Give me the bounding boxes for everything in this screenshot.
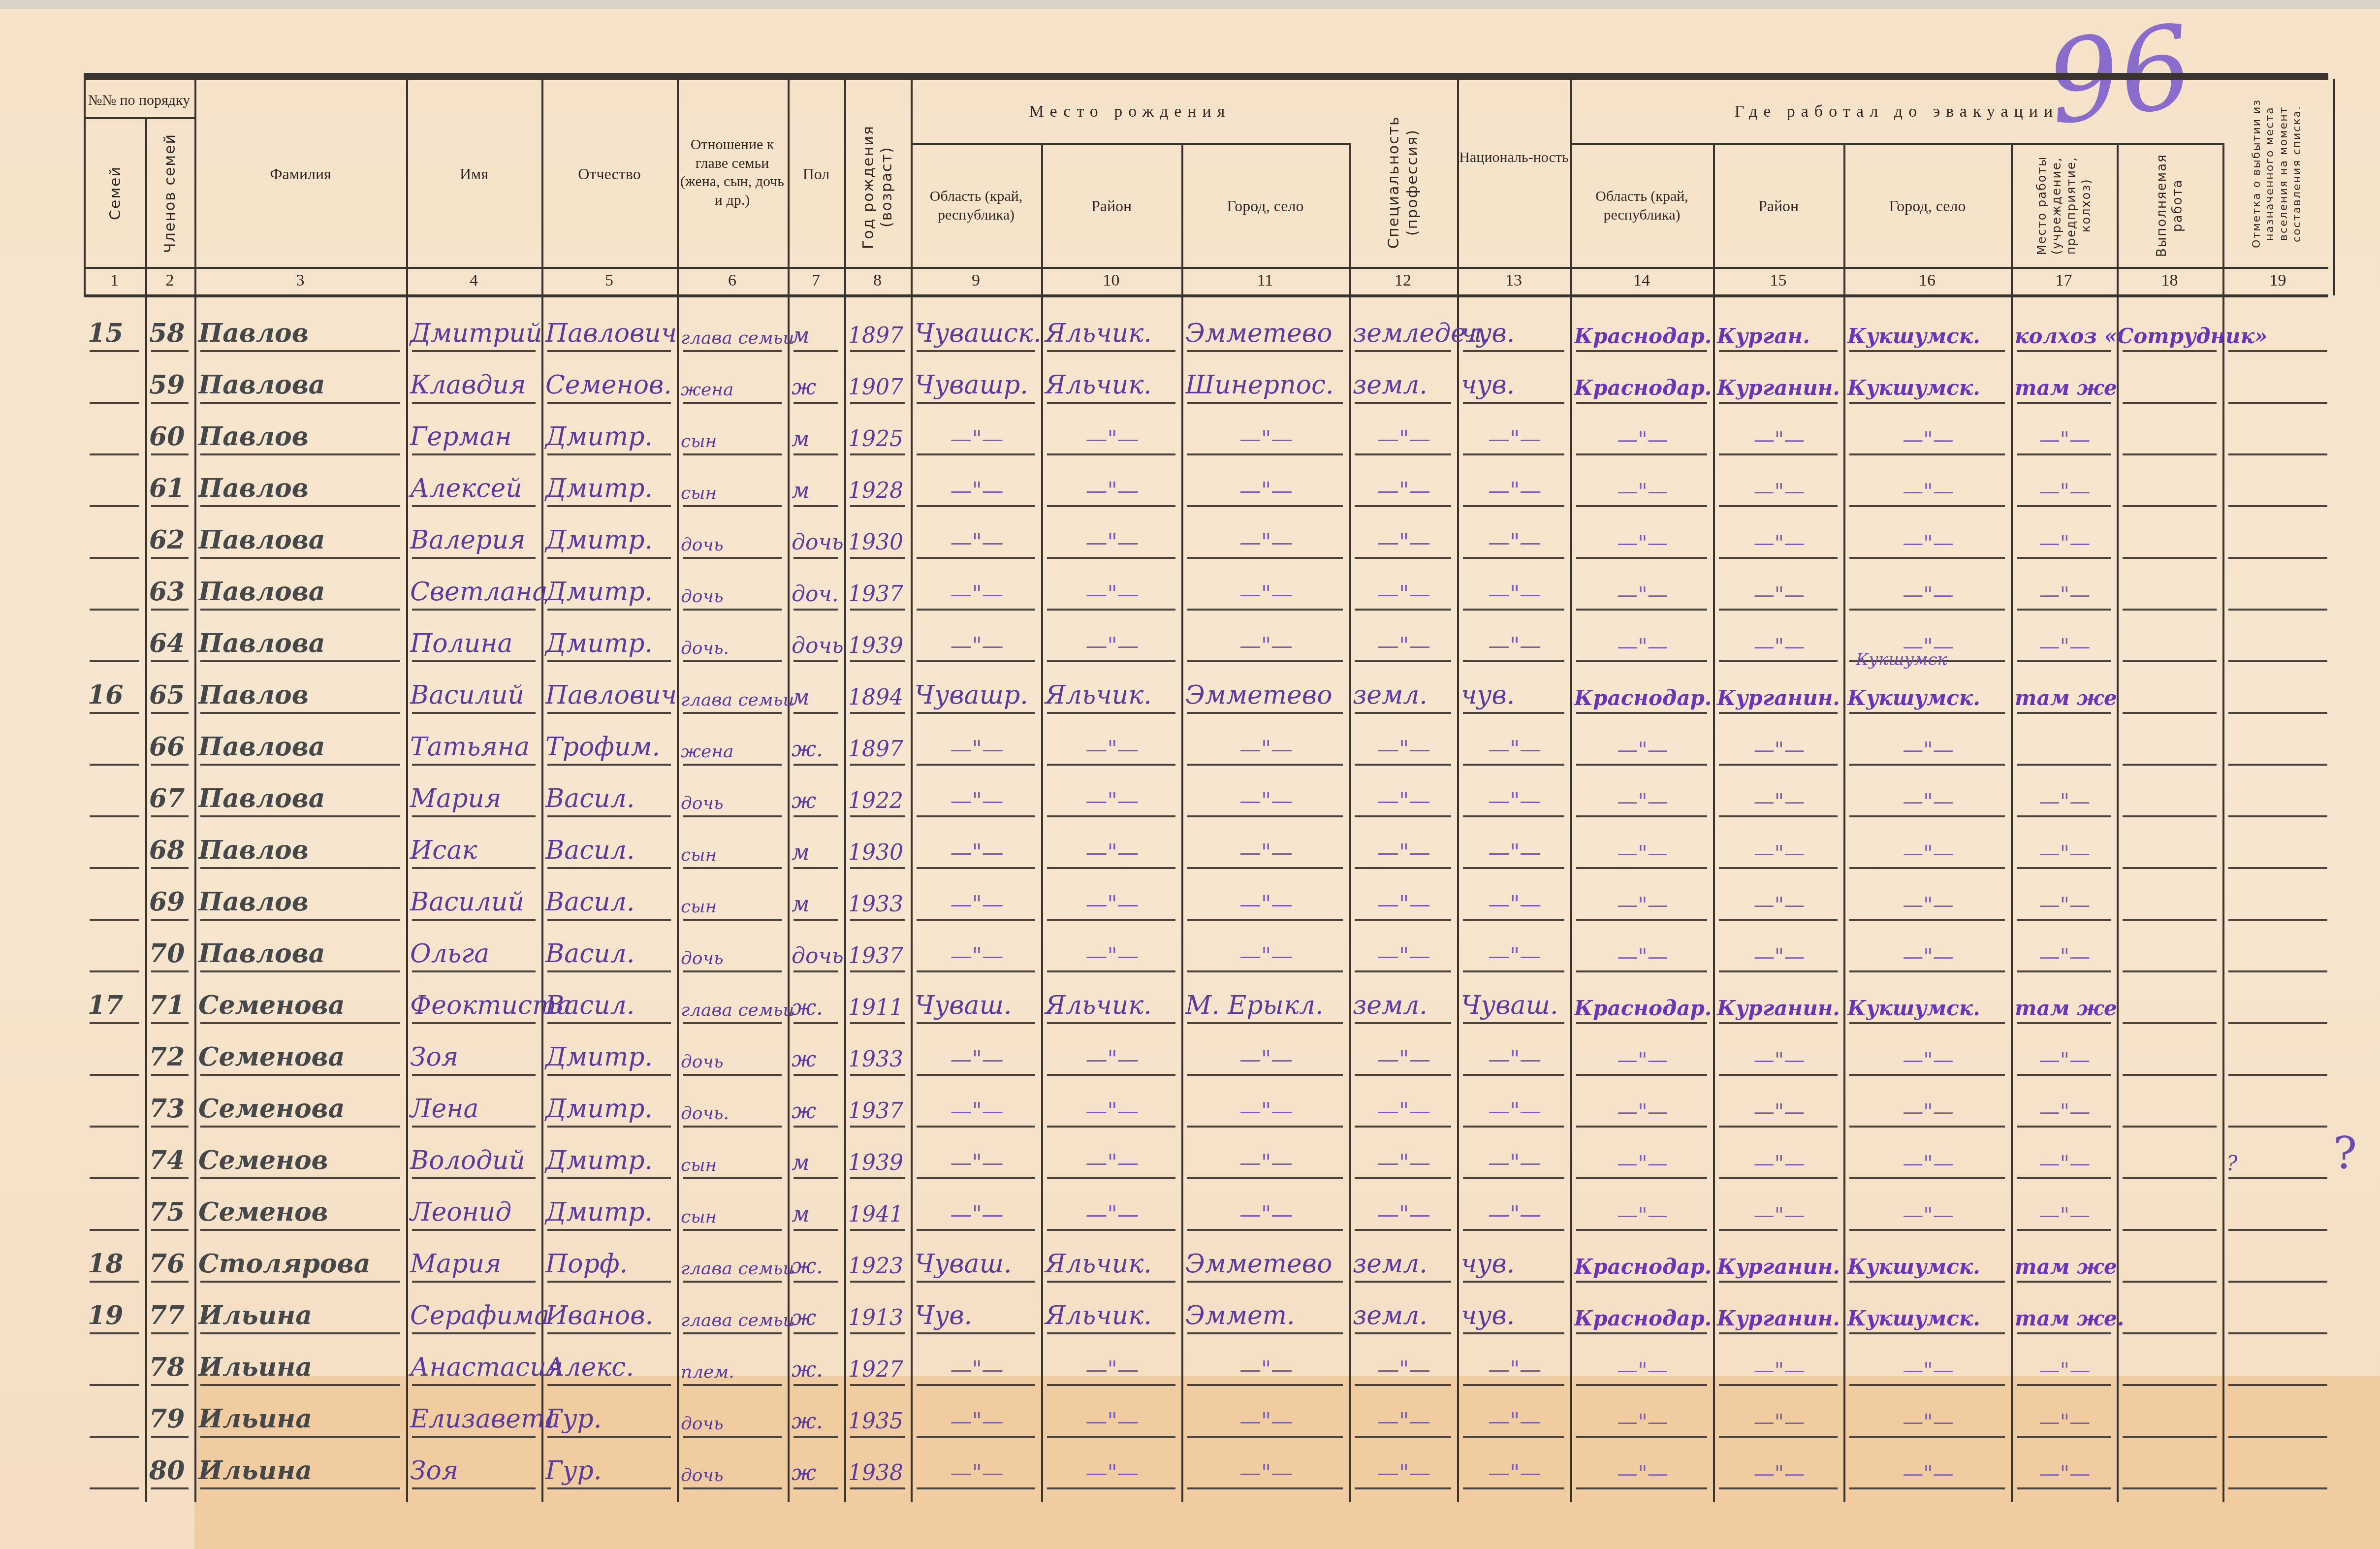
column-divider	[1570, 79, 1572, 1502]
row-underline	[2123, 970, 2217, 972]
cell-w-region: Краснодар.	[1574, 663, 1711, 715]
cell-b-region: —"—	[915, 1077, 1039, 1129]
cell-b-district: —"—	[1045, 612, 1179, 663]
cell-b-place: —"—	[1185, 508, 1347, 560]
row-underline	[683, 1436, 782, 1438]
row-underline	[2017, 970, 2111, 972]
cell-patronymic: Дмитр.	[545, 1025, 675, 1077]
cell-sex: ж.	[792, 1232, 842, 1284]
row-underline	[1719, 609, 1838, 611]
cell-w-region: —"—	[1574, 1439, 1711, 1490]
row-underline	[1719, 919, 1838, 921]
row-underline	[151, 1229, 189, 1231]
row-underline	[1187, 1074, 1343, 1076]
cell-note	[2226, 612, 2331, 663]
cell-surname: Павлова	[198, 508, 404, 560]
row-underline	[1719, 1384, 1838, 1386]
row-underline	[917, 764, 1035, 766]
cell-w-workplace: колхоз «Сотрудник»	[2015, 301, 2115, 353]
row-underline	[200, 609, 400, 611]
cell-patronymic: Порф.	[545, 1232, 675, 1284]
cell-b-place: —"—	[1185, 870, 1347, 922]
row-underline	[793, 1384, 838, 1386]
cell-surname: Павлов	[198, 870, 404, 922]
cell-w-place: —"—	[1847, 870, 2009, 922]
header-col-10: Район	[1043, 145, 1180, 266]
cell-name: Светлана	[410, 560, 539, 612]
cell-patronymic: Алекс.	[545, 1335, 675, 1387]
row-underline	[793, 350, 838, 352]
row-underline	[917, 1281, 1035, 1283]
row-underline	[2228, 557, 2327, 559]
row-underline	[412, 712, 536, 714]
cell-w-job	[2121, 870, 2221, 922]
row-underline	[2123, 453, 2217, 455]
column-divider	[406, 79, 408, 1502]
row-underline	[151, 867, 189, 869]
cell-profession: —"—	[1353, 612, 1455, 663]
row-underline	[1187, 1281, 1343, 1283]
cell-w-workplace: там же	[2015, 1232, 2115, 1284]
cell-member: 71	[149, 973, 192, 1025]
row-underline	[412, 1177, 536, 1179]
row-underline	[1576, 609, 1707, 611]
row-underline	[2017, 505, 2111, 507]
cell-b-district: Яльчик.	[1045, 301, 1179, 353]
row-underline	[1463, 1126, 1564, 1128]
row-underline	[1047, 453, 1175, 455]
cell-w-district: Курганин.	[1717, 973, 1841, 1025]
column-number: 1	[84, 270, 145, 291]
cell-b-place: —"—	[1185, 612, 1347, 663]
row-underline	[2228, 660, 2327, 662]
row-underline	[2017, 1022, 2111, 1024]
header-col-2: Членов семей	[147, 121, 193, 266]
row-underline	[1576, 1126, 1707, 1128]
header-col-18: Выполняемая работа	[2118, 145, 2221, 266]
cell-note	[2226, 715, 2331, 767]
row-underline	[200, 919, 400, 921]
cell-w-workplace: —"—	[2015, 560, 2115, 612]
row-underline	[151, 970, 189, 972]
header-col-15: Район	[1714, 145, 1842, 266]
row-underline	[547, 1074, 671, 1076]
cell-nationality: —"—	[1461, 870, 1568, 922]
row-underline	[1849, 557, 2005, 559]
row-underline	[1047, 1487, 1175, 1489]
cell-w-job	[2121, 560, 2221, 612]
row-underline	[412, 1384, 536, 1386]
cell-w-place: —"—	[1847, 818, 2009, 870]
cell-b-region: Чувашр.	[915, 663, 1039, 715]
cell-w-workplace: —"—	[2015, 870, 2115, 922]
column-divider	[788, 79, 790, 1502]
row-underline	[1576, 1229, 1707, 1231]
cell-name: Елизавета	[410, 1387, 539, 1439]
row-underline	[1187, 764, 1343, 766]
cell-b-region: —"—	[915, 508, 1039, 560]
cell-year: 1913	[848, 1284, 909, 1335]
cell-b-place: —"—	[1185, 715, 1347, 767]
cell-w-district: —"—	[1717, 1335, 1841, 1387]
row-underline	[2228, 1281, 2327, 1283]
cell-family: 15	[88, 301, 143, 353]
cell-nationality: чув.	[1461, 663, 1568, 715]
row-underline	[1719, 764, 1838, 766]
row-underline	[1355, 350, 1451, 352]
row-underline	[200, 1126, 400, 1128]
column-divider	[84, 79, 86, 295]
row-underline	[1187, 350, 1343, 352]
cell-b-region: Чув.	[915, 1284, 1039, 1335]
row-underline	[1849, 1281, 2005, 1283]
header-col-13: Националь-ность	[1459, 98, 1569, 217]
row-underline	[1047, 1177, 1175, 1179]
row-underline	[547, 1332, 671, 1334]
row-underline	[1355, 557, 1451, 559]
row-underline	[1355, 1332, 1451, 1334]
row-underline	[412, 815, 536, 817]
row-underline	[200, 815, 400, 817]
cell-profession: —"—	[1353, 1439, 1455, 1490]
row-underline	[917, 660, 1035, 662]
row-underline	[1849, 970, 2005, 972]
row-underline	[90, 505, 139, 507]
row-underline	[1355, 505, 1451, 507]
cell-relation: глава семьи	[681, 1232, 786, 1284]
cell-w-workplace: —"—	[2015, 1077, 2115, 1129]
cell-member: 72	[149, 1025, 192, 1077]
cell-w-workplace: —"—	[2015, 1129, 2115, 1180]
row-underline	[1047, 815, 1175, 817]
cell-surname: Семенов	[198, 1180, 404, 1232]
row-underline	[1576, 1384, 1707, 1386]
row-underline	[2123, 764, 2217, 766]
row-underline	[1719, 1332, 1838, 1334]
cell-w-district: —"—	[1717, 456, 1841, 508]
cell-patronymic: Васил.	[545, 818, 675, 870]
cell-relation: сын	[681, 1129, 786, 1180]
cell-member: 75	[149, 1180, 192, 1232]
cell-sex: м	[792, 1180, 842, 1232]
cell-member: 68	[149, 818, 192, 870]
cell-sex: ж	[792, 353, 842, 405]
cell-member: 65	[149, 663, 192, 715]
cell-relation: дочь	[681, 1439, 786, 1490]
row-underline	[1576, 660, 1707, 662]
cell-sex: м	[792, 456, 842, 508]
cell-year: 1941	[848, 1180, 909, 1232]
row-underline	[683, 1229, 782, 1231]
row-underline	[2228, 867, 2327, 869]
row-underline	[1047, 609, 1175, 611]
column-divider	[1843, 143, 1845, 1502]
cell-w-workplace: —"—	[2015, 456, 2115, 508]
cell-year: 1937	[848, 1077, 909, 1129]
cell-b-place: —"—	[1185, 1129, 1347, 1180]
row-underline	[917, 867, 1035, 869]
row-underline	[200, 1436, 400, 1438]
row-underline	[793, 402, 838, 404]
column-divider	[2333, 79, 2335, 295]
row-underline	[1355, 660, 1451, 662]
row-underline	[2123, 557, 2217, 559]
cell-b-place: —"—	[1185, 767, 1347, 818]
row-underline	[850, 1126, 905, 1128]
cell-w-workplace: там же	[2015, 353, 2115, 405]
row-underline	[1849, 1487, 2005, 1489]
row-underline	[1187, 505, 1343, 507]
cell-note	[2226, 1387, 2331, 1439]
cell-patronymic: Павлович	[545, 663, 675, 715]
row-underline	[2123, 815, 2217, 817]
row-underline	[2017, 867, 2111, 869]
row-underline	[2017, 1487, 2111, 1489]
row-underline	[2228, 1384, 2327, 1386]
cell-member: 74	[149, 1129, 192, 1180]
cell-w-region: Краснодар.	[1574, 973, 1711, 1025]
cell-b-place: —"—	[1185, 1077, 1347, 1129]
cell-profession: земл.	[1353, 1232, 1455, 1284]
cell-relation: жена	[681, 715, 786, 767]
row-underline	[2228, 1487, 2327, 1489]
cell-nationality: —"—	[1461, 1387, 1568, 1439]
cell-w-place: —"—	[1847, 922, 2009, 973]
cell-b-district: —"—	[1045, 818, 1179, 870]
cell-relation: плем.	[681, 1335, 786, 1387]
row-underline	[200, 350, 400, 352]
row-underline	[90, 1332, 139, 1334]
row-underline	[90, 815, 139, 817]
row-underline	[1576, 350, 1707, 352]
column-divider	[1181, 143, 1183, 1502]
header-col-6: Отношение к главе семьи (жена, сын, дочь…	[679, 98, 785, 246]
row-underline	[2228, 712, 2327, 714]
row-underline	[151, 505, 189, 507]
row-underline	[1849, 1436, 2005, 1438]
cell-nationality: —"—	[1461, 1439, 1568, 1490]
cell-w-workplace: —"—	[2015, 405, 2115, 456]
row-underline	[1463, 453, 1564, 455]
row-underline	[683, 867, 782, 869]
header-numbering-group: №№ по порядку	[86, 84, 192, 117]
row-underline	[200, 453, 400, 455]
row-underline	[1576, 764, 1707, 766]
row-underline	[90, 1126, 139, 1128]
row-underline	[90, 1436, 139, 1438]
row-underline	[412, 660, 536, 662]
row-underline	[2123, 1332, 2217, 1334]
row-underline	[793, 919, 838, 921]
cell-w-place: —"—	[1847, 1180, 2009, 1232]
row-underline	[1463, 1487, 1564, 1489]
cell-w-place: —"—	[1847, 1387, 2009, 1439]
cell-w-workplace: —"—	[2015, 767, 2115, 818]
cell-relation: глава семьи	[681, 301, 786, 353]
row-underline	[1355, 1229, 1451, 1231]
column-number: 7	[788, 270, 844, 291]
cell-year: 1911	[848, 973, 909, 1025]
cell-w-workplace: —"—	[2015, 508, 2115, 560]
row-underline	[90, 1487, 139, 1489]
cell-relation: дочь	[681, 560, 786, 612]
row-underline	[1355, 1022, 1451, 1024]
cell-b-place: —"—	[1185, 818, 1347, 870]
row-underline	[1187, 557, 1343, 559]
cell-patronymic: Васил.	[545, 973, 675, 1025]
row-underline	[2123, 1126, 2217, 1128]
cell-w-district: —"—	[1717, 1387, 1841, 1439]
row-underline	[1719, 1281, 1838, 1283]
cell-w-job	[2121, 1077, 2221, 1129]
cell-w-job	[2121, 353, 2221, 405]
row-underline	[151, 1436, 189, 1438]
cell-w-place: —"—	[1847, 1335, 2009, 1387]
cell-b-place: —"—	[1185, 1335, 1347, 1387]
row-underline	[793, 1487, 838, 1489]
cell-profession: земл.	[1353, 1284, 1455, 1335]
row-underline	[1463, 1332, 1564, 1334]
row-underline	[683, 402, 782, 404]
row-underline	[412, 402, 536, 404]
cell-relation: дочь	[681, 508, 786, 560]
row-underline	[1047, 1436, 1175, 1438]
column-divider	[2011, 143, 2013, 1502]
row-underline	[2123, 1229, 2217, 1231]
cell-b-district: Яльчик.	[1045, 353, 1179, 405]
cell-nationality: —"—	[1461, 922, 1568, 973]
row-underline	[850, 350, 905, 352]
row-underline	[2123, 1177, 2217, 1179]
row-underline	[683, 1126, 782, 1128]
cell-w-workplace: —"—	[2015, 1180, 2115, 1232]
cell-w-district: Курганин.	[1717, 1232, 1841, 1284]
row-underline	[412, 1332, 536, 1334]
row-underline	[850, 1177, 905, 1179]
cell-name: Зоя	[410, 1439, 539, 1490]
cell-b-district: —"—	[1045, 1180, 1179, 1232]
row-underline	[200, 660, 400, 662]
cell-w-place: —"—	[1847, 715, 2009, 767]
row-underline	[2017, 453, 2111, 455]
cell-w-job	[2121, 405, 2221, 456]
cell-name: Василий	[410, 870, 539, 922]
cell-w-region: —"—	[1574, 870, 1711, 922]
row-underline	[1576, 557, 1707, 559]
cell-profession: —"—	[1353, 405, 1455, 456]
cell-b-place: Эмметево	[1185, 663, 1347, 715]
row-underline	[1187, 1126, 1343, 1128]
cell-year: 1928	[848, 456, 909, 508]
cell-nationality: —"—	[1461, 818, 1568, 870]
cell-patronymic: Дмитр.	[545, 405, 675, 456]
cell-w-district: —"—	[1717, 818, 1841, 870]
row-underline	[1576, 1022, 1707, 1024]
cell-profession: —"—	[1353, 508, 1455, 560]
row-underline	[547, 1384, 671, 1386]
row-underline	[917, 557, 1035, 559]
cell-w-place: Кукшумск.	[1847, 973, 2009, 1025]
cell-profession: —"—	[1353, 922, 1455, 973]
cell-profession: —"—	[1353, 1077, 1455, 1129]
row-underline	[917, 1022, 1035, 1024]
row-underline	[1719, 402, 1838, 404]
cell-surname: Семенова	[198, 1025, 404, 1077]
row-underline	[1849, 453, 2005, 455]
row-underline	[90, 1074, 139, 1076]
row-underline	[151, 1177, 189, 1179]
row-underline	[683, 350, 782, 352]
row-underline	[1047, 402, 1175, 404]
column-number: 12	[1349, 270, 1457, 291]
row-underline	[1576, 1436, 1707, 1438]
column-number: 2	[145, 270, 194, 291]
cell-name: Исак	[410, 818, 539, 870]
row-underline	[917, 1436, 1035, 1438]
cell-w-region: Краснодар.	[1574, 1284, 1711, 1335]
column-divider	[844, 79, 846, 1502]
row-underline	[547, 557, 671, 559]
row-underline	[1047, 660, 1175, 662]
row-underline	[793, 970, 838, 972]
row-underline	[547, 1229, 671, 1231]
cell-note	[2226, 973, 2331, 1025]
cell-family	[88, 1439, 143, 1490]
cell-family	[88, 1129, 143, 1180]
row-underline	[850, 1229, 905, 1231]
row-underline	[2123, 402, 2217, 404]
cell-w-region: Краснодар.	[1574, 301, 1711, 353]
cell-w-place: —"—	[1847, 508, 2009, 560]
header-top-rule	[84, 73, 2328, 80]
column-number: 16	[1843, 270, 2011, 291]
row-underline	[1355, 1436, 1451, 1438]
row-underline	[1047, 919, 1175, 921]
column-divider	[1349, 143, 1351, 1502]
row-underline	[1463, 970, 1564, 972]
cell-w-job	[2121, 1180, 2221, 1232]
row-underline	[2017, 557, 2111, 559]
row-underline	[1047, 1384, 1175, 1386]
cell-b-place: —"—	[1185, 1180, 1347, 1232]
row-underline	[1576, 815, 1707, 817]
cell-note	[2226, 1439, 2331, 1490]
row-underline	[90, 1022, 139, 1024]
cell-relation: сын	[681, 1180, 786, 1232]
column-number: 9	[911, 270, 1041, 291]
cell-member: 77	[149, 1284, 192, 1335]
row-underline	[2017, 350, 2111, 352]
cell-w-place: —"—	[1847, 456, 2009, 508]
row-underline	[1047, 764, 1175, 766]
row-underline	[2123, 1384, 2217, 1386]
cell-w-district: —"—	[1717, 508, 1841, 560]
row-underline	[2123, 867, 2217, 869]
row-underline	[151, 350, 189, 352]
row-underline	[2228, 764, 2327, 766]
header-col-12: Специальность (профессия)	[1350, 103, 1456, 261]
cell-b-place: М. Ерыкл.	[1185, 973, 1347, 1025]
cell-w-region: —"—	[1574, 715, 1711, 767]
cell-year: 1930	[848, 508, 909, 560]
column-divider	[1041, 143, 1043, 1502]
row-underline	[1849, 1074, 2005, 1076]
cell-nationality: —"—	[1461, 1077, 1568, 1129]
row-underline	[850, 712, 905, 714]
cell-note	[2226, 767, 2331, 818]
cell-sex: ж	[792, 767, 842, 818]
column-number: 4	[406, 270, 541, 291]
